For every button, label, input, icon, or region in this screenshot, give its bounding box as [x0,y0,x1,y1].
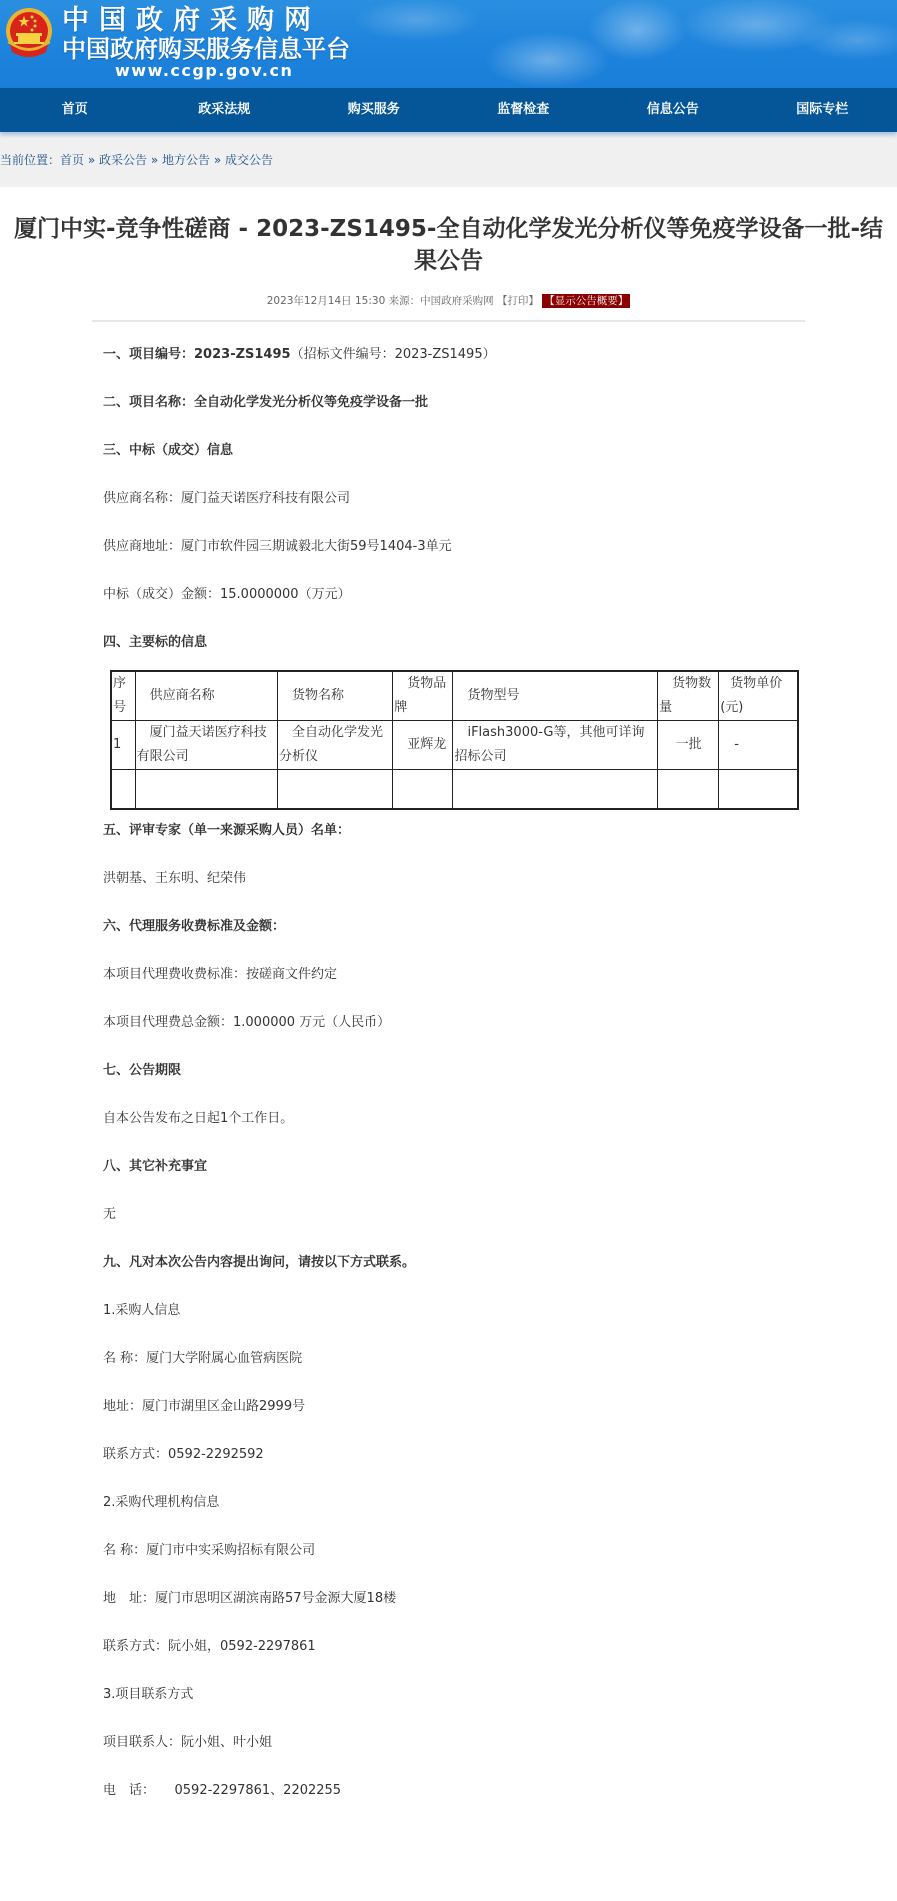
logo-title: 中国政府采购网 [62,6,350,36]
source-value: 中国政府采购网 [420,295,494,307]
breadcrumb-home[interactable]: 首页 [60,151,84,168]
cell-quantity: 一批 [658,721,719,770]
project-phone: 电 话： 0592-2297861、2202255 [103,1782,805,1799]
cell-brand: 亚辉龙 [393,721,453,770]
cell-model: iFlash3000-G等，其他可详询招标公司 [453,721,658,770]
buyer-address: 地址：厦门市湖里区金山路2999号 [103,1398,805,1415]
breadcrumb-separator: » [147,153,162,167]
article-meta: 2023年12月14日 15:30 来源：中国政府采购网 【打印】 【显示公告概… [0,293,897,308]
section-project-number: 一、项目编号：2023-ZS1495（招标文件编号：2023-ZS1495） [103,346,805,363]
tender-doc-number: （招标文件编号：2023-ZS1495） [291,347,496,362]
print-link[interactable]: 【打印】 [497,295,539,307]
nav-item-international[interactable]: 国际专栏 [748,88,897,132]
national-emblem-icon [4,6,54,64]
fee-standard: 本项目代理费收费标准：按磋商文件约定 [103,966,805,983]
section-period-heading: 七、公告期限 [103,1062,805,1079]
header-cell: 序号 [111,671,135,721]
agency-contact: 联系方式：阮小姐，0592-2297861 [103,1638,805,1655]
section-project-name: 二、项目名称：全自动化学发光分析仪等免疫学设备一批 [103,394,805,411]
cell-empty [393,770,453,809]
header-cell: 货物单价(元) [719,671,798,721]
agency-heading: 2.采购代理机构信息 [103,1494,805,1511]
section-experts-heading: 五、评审专家（单一来源采购人员）名单： [103,822,805,839]
breadcrumb-local-announcements[interactable]: 地方公告 [162,151,210,168]
page-title: 厦门中实-竞争性磋商 - 2023-ZS1495-全自动化学发光分析仪等免疫学设… [0,199,897,277]
header-cell: 货物品牌 [393,671,453,721]
show-summary-button[interactable]: 【显示公告概要】 [542,294,630,308]
header-clouds [337,0,897,88]
cell-empty [111,770,135,809]
cell-goods-name: 全自动化学发光分析仪 [277,721,392,770]
site-header: 中国政府采购网 中国政府购买服务信息平台 www.ccgp.gov.cn [0,0,897,88]
header-cell: 货物名称 [277,671,392,721]
main-items-table: 序号 供应商名称 货物名称 货物品牌 货物型号 货物数量 货物单价(元) 1 厦… [110,670,799,810]
cell-empty [719,770,798,809]
site-logo[interactable]: 中国政府采购网 中国政府购买服务信息平台 www.ccgp.gov.cn [62,6,350,80]
publish-date: 2023年12月14日 15:30 [267,295,386,307]
cell-empty [453,770,658,809]
cell-index: 1 [111,721,135,770]
section-award-info-heading: 三、中标（成交）信息 [103,442,805,459]
nav-item-purchase-services[interactable]: 购买服务 [299,88,449,132]
header-cell: 货物数量 [658,671,719,721]
cell-empty [135,770,277,809]
project-contact-person: 项目联系人：阮小姐、叶小姐 [103,1734,805,1751]
breadcrumb-separator: » [210,153,225,167]
agency-name: 名 称：厦门市中实采购招标有限公司 [103,1542,805,1559]
section-main-items-heading: 四、主要标的信息 [103,634,805,651]
logo-subtitle: 中国政府购买服务信息平台 [62,36,350,62]
breadcrumb-prefix: 当前位置： [0,151,60,168]
project-number: 2023-ZS1495 [194,347,291,362]
other-matters: 无 [103,1206,805,1223]
cell-supplier: 厦门益天诺医疗科技有限公司 [135,721,277,770]
buyer-heading: 1.采购人信息 [103,1302,805,1319]
header-cell: 货物型号 [453,671,658,721]
table-header-row: 序号 供应商名称 货物名称 货物品牌 货物型号 货物数量 货物单价(元) [111,671,798,721]
main-nav: 首页 政采法规 购买服务 监督检查 信息公告 国际专栏 [0,88,897,132]
divider [92,320,805,322]
section-contact-heading: 九、凡对本次公告内容提出询问，请按以下方式联系。 [103,1254,805,1271]
breadcrumb-separator: » [84,153,99,167]
section-other-heading: 八、其它补充事宜 [103,1158,805,1175]
source-label: 来源： [389,295,421,307]
cell-empty [658,770,719,809]
cell-unit-price: - [719,721,798,770]
agency-address: 地 址：厦门市思明区湖滨南路57号金源大厦18楼 [103,1590,805,1607]
nav-item-announcements[interactable]: 信息公告 [598,88,748,132]
breadcrumb: 当前位置： 首页 » 政采公告 » 地方公告 » 成交公告 [0,132,897,187]
cell-empty [277,770,392,809]
experts-list: 洪朝基、王东明、纪荣伟 [103,870,805,887]
fee-total: 本项目代理费总金额：1.000000 万元（人民币） [103,1014,805,1031]
header-cell: 供应商名称 [135,671,277,721]
buyer-contact: 联系方式：0592-2292592 [103,1446,805,1463]
table-row: 1 厦门益天诺医疗科技有限公司 全自动化学发光分析仪 亚辉龙 iFlash300… [111,721,798,770]
logo-url: www.ccgp.gov.cn [115,62,350,80]
nav-item-home[interactable]: 首页 [0,88,150,132]
table-row [111,770,798,809]
buyer-name: 名 称：厦门大学附属心血管病医院 [103,1350,805,1367]
supplier-address: 供应商地址：厦门市软件园三期诚毅北大街59号1404-3单元 [103,538,805,555]
section-agency-fee-heading: 六、代理服务收费标准及金额： [103,918,805,935]
announcement-period: 自本公告发布之日起1个工作日。 [103,1110,805,1127]
breadcrumb-deal-announcements[interactable]: 成交公告 [225,151,273,168]
nav-item-regulations[interactable]: 政采法规 [150,88,300,132]
nav-item-supervision[interactable]: 监督检查 [449,88,599,132]
article-content: 一、项目编号：2023-ZS1495（招标文件编号：2023-ZS1495） 二… [0,346,897,1799]
project-contact-heading: 3.项目联系方式 [103,1686,805,1703]
breadcrumb-procurement-announcements[interactable]: 政采公告 [99,151,147,168]
supplier-name: 供应商名称：厦门益天诺医疗科技有限公司 [103,490,805,507]
bid-amount: 中标（成交）金额：15.0000000（万元） [103,586,805,603]
